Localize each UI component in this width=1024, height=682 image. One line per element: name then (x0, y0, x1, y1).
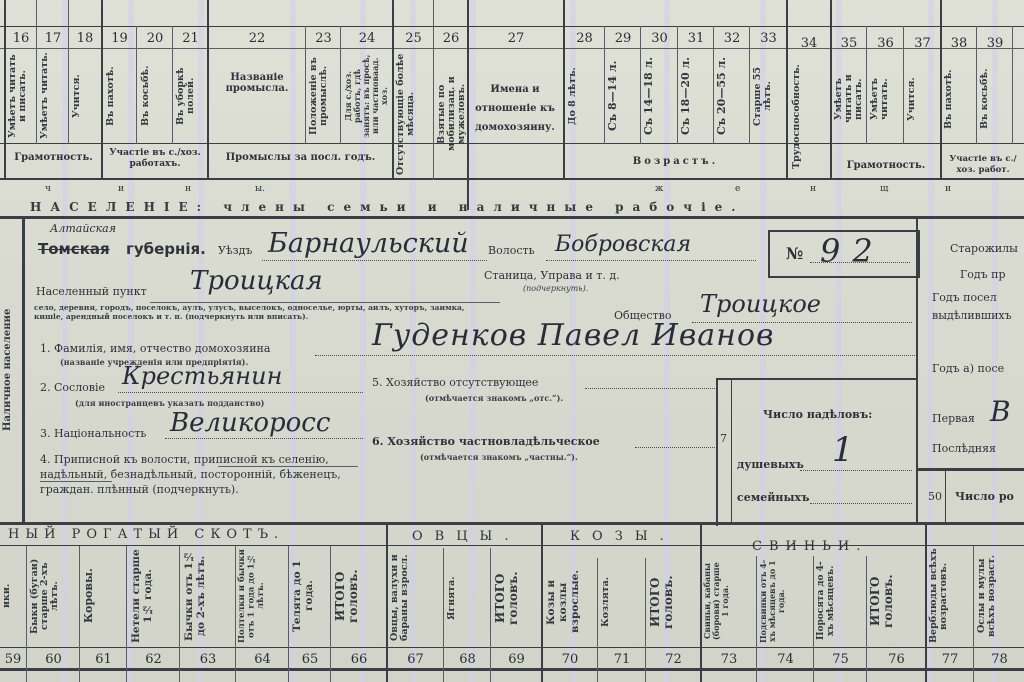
column-header: Поросята до 4-хъ мѣсяцевъ. (816, 558, 864, 644)
group-label-sheep: ОВЦЫ. (412, 529, 520, 544)
column-number: 35 (832, 36, 866, 51)
estate-value[interactable]: Крестьянин (122, 362, 282, 390)
gubernia-handwritten: Алтайская (50, 222, 116, 235)
column-number: 66 (332, 652, 386, 667)
item1-label: 1. Фамилія, имя, отчество домохозяина (40, 342, 270, 355)
group-label-pigs: СВИНЬИ. (752, 539, 867, 554)
column-header: Въ косьбѣ. (141, 52, 169, 140)
group-label-farm-work: Участіе въ с./хоз. работахъ. (103, 148, 207, 170)
settlement-label: Населенный пункт (36, 285, 147, 298)
column-number: 29 (606, 31, 640, 46)
column-header: Умѣетъ читать и писать. (834, 58, 864, 140)
census-form-page: 16 17 18 19 20 21 22 23 24 25 26 27 28 2… (0, 0, 1024, 682)
column-header: Овцы, валухи и бараны взросл. (390, 552, 440, 644)
column-number: 60 (28, 652, 79, 667)
column-number: 70 (543, 652, 597, 667)
right-panel-line: выдѣлившихъ (932, 309, 1012, 322)
column-number: 38 (942, 36, 976, 51)
column-number: 21 (174, 31, 207, 46)
column-header: Козлята. (601, 560, 641, 644)
volost-value[interactable]: Бобровская (555, 232, 691, 257)
column-number: 27 (469, 31, 563, 46)
column-number: 69 (492, 652, 541, 667)
gubernia-printed: Томская (38, 240, 110, 258)
column-number: 71 (599, 652, 645, 667)
column-number: 26 (435, 31, 467, 46)
column-number: 18 (70, 31, 100, 46)
column-number: 32 (715, 31, 749, 46)
column-number: 17 (38, 31, 68, 46)
header-letter: и (118, 184, 124, 194)
uezd-label: Уѣздъ (218, 244, 252, 257)
column-header: Телята до 1 года. (291, 548, 327, 644)
column-header: Ослы и мулы всѣхъ возраст. (977, 548, 1021, 644)
column-header: Съ 14—18 л. (644, 52, 674, 140)
column-number: 30 (642, 31, 677, 46)
column-header: Козы и козлы взрослые. (545, 560, 595, 644)
header-letter: ч (45, 184, 51, 194)
header-letter: и (945, 184, 951, 194)
record-number-label: № (786, 244, 803, 263)
header-letter: н (185, 184, 191, 194)
column-header: Съ 8—14 л. (608, 52, 638, 140)
column-header: Въ пахотѣ. (106, 52, 132, 140)
column-number: 31 (679, 31, 713, 46)
column-header: Коровы. (84, 548, 122, 644)
column-header: Свиньи, кабаны (борови) старше 1 года. (703, 558, 753, 644)
column-number: 65 (290, 652, 330, 667)
group-label-literacy: Грамотность. (832, 160, 940, 171)
column-header: Учится. (72, 52, 98, 140)
column-number: 28 (565, 31, 604, 46)
column-header: Съ 18—20 л. (681, 52, 711, 140)
column-header: ИТОГО головъ. (869, 558, 921, 644)
allotments-title: Число надѣловъ: (763, 408, 872, 421)
column-number: 23 (307, 31, 340, 46)
column-number: 39 (978, 36, 1012, 51)
item4-text: 4. Приписной къ волости, приписной къ се… (40, 452, 360, 497)
column-number: 72 (647, 652, 700, 667)
item7-number: 7 (720, 432, 727, 445)
column-header: Въ пахотѣ. (944, 58, 974, 140)
column-number: 33 (751, 31, 786, 46)
column-header: Быки (бугаи) старше 2-хъ лѣтъ. (30, 548, 76, 644)
header-letter: е (735, 184, 740, 194)
group-label-trades: Промыслы за посл. годъ. (209, 152, 392, 163)
last-label: Послѣдняя (932, 442, 996, 455)
right-panel-line: Годъ посел (932, 291, 997, 304)
item3-label: 3. Національность (40, 427, 146, 440)
column-number: 37 (905, 36, 940, 51)
item2-label: 2. Сословіе (40, 381, 105, 394)
header-letter: н (810, 184, 816, 194)
column-header: Умѣетъ читать и писать. (8, 52, 34, 140)
column-header: Верблюды всѣхъ возрастовъ. (929, 548, 971, 644)
first-value[interactable]: В (990, 395, 1011, 428)
column-number: 76 (868, 652, 925, 667)
column-header: Отсутствующіе болѣе мѣсяца. (396, 52, 430, 176)
column-number: 78 (975, 652, 1024, 667)
column-number: 73 (702, 652, 756, 667)
per-soul-label: душевыхъ (737, 458, 804, 471)
column-header: Взятые по мобилизац. и мужеловъ. (437, 52, 465, 176)
volost-label: Волость (488, 244, 535, 257)
group-label-literacy: Грамотность. (6, 152, 101, 163)
header-letter: ж (655, 184, 663, 194)
stanitsa-label: Станица, Управа и т. д. (484, 269, 620, 282)
column-number: 16 (6, 31, 36, 46)
column-number: 63 (181, 652, 235, 667)
nationality-value[interactable]: Великоросс (170, 408, 330, 438)
item6-note: (отмѣчается знакомъ „частны.“). (420, 452, 578, 462)
householder-name[interactable]: Гуденков Павел Иванов (372, 318, 774, 353)
column-header: Полтелки и бычки отъ 1 года до 1½ лѣтъ. (238, 548, 286, 644)
column-header: Старше 55 лѣтъ. (753, 52, 783, 140)
column-number: 36 (868, 36, 903, 51)
column-header: ИТОГО головъ. (494, 552, 538, 644)
side-label: Наличное население (3, 230, 19, 510)
column-header: Въ уборкѣ полей. (176, 52, 204, 140)
column-header: Имена и отношеніе къ домохозяину. (470, 80, 560, 137)
header-letter: щ (880, 184, 888, 194)
column-header: Бычки отъ 1½ до 2-хъ лѣтъ. (183, 548, 231, 644)
gubernia-label: губернія. (126, 240, 206, 258)
column-number: 75 (815, 652, 866, 667)
first-label: Первая (932, 412, 975, 425)
header-letter: ы. (255, 184, 265, 194)
column-header: Съ 20—55 л. (717, 52, 747, 140)
record-number-value[interactable]: 92 (820, 232, 885, 270)
right-panel-line: Годъ а) посе (932, 362, 1004, 375)
oldtimers-title: Старожилы (950, 242, 1018, 255)
item5-label: 5. Хозяйство отсутствующее (372, 376, 538, 389)
item-50-label: Число ро (955, 490, 1014, 503)
column-number: 59 (0, 652, 26, 667)
column-number: 61 (81, 652, 126, 667)
column-number: 19 (103, 31, 136, 46)
column-number: 77 (927, 652, 973, 667)
column-number: 25 (394, 31, 433, 46)
column-header: Въ косьбѣ. (980, 58, 1010, 140)
per-soul-value[interactable]: 1 (832, 430, 854, 470)
settlement-value[interactable]: Троицкая (190, 266, 323, 296)
item2-note: (для иностранцевъ указать подданство) (75, 398, 264, 408)
uezd-value[interactable]: Барнаульский (268, 228, 469, 259)
column-header: Для с./хоз. работъ, гдѣ занятъ: въ просѣ… (344, 52, 390, 140)
column-header: Положеніе въ промыслѣ. (309, 52, 337, 140)
column-header: ики. (2, 548, 24, 644)
column-header: Нетели старше 1½ года. (130, 548, 176, 644)
item6-label: 6. Хозяйство частновладѣльческое (372, 435, 600, 448)
item5-note: (отмѣчается знакомъ „отс.“). (425, 393, 563, 403)
item-50-number: 50 (928, 490, 942, 503)
column-number: 67 (388, 652, 443, 667)
column-number: 64 (237, 652, 288, 667)
column-number: 74 (758, 652, 813, 667)
group-label-age: Возрастъ. (565, 156, 786, 167)
group-label-goats: КОЗЫ. (570, 529, 676, 544)
underline-note: (подчеркнуть). (523, 284, 588, 293)
right-panel-line: Годъ пр (960, 268, 1006, 281)
column-number: 24 (342, 31, 392, 46)
column-header: Ягнята. (447, 552, 487, 644)
column-header: ИТОГО головъ. (649, 560, 697, 644)
column-header: Названіе промысла. (209, 72, 305, 94)
column-header: До 8 лѣтъ. (568, 52, 600, 140)
section-banner: НАСЕЛЕНІЕ: члены семьи и наличные рабочі… (30, 200, 744, 214)
column-header: ИТОГО головъ. (334, 548, 382, 644)
column-header: Учится. (907, 58, 937, 140)
group-label-cattle: НЫЙ РОГАТЫЙ СКОТЪ. (8, 527, 284, 542)
column-number: 34 (788, 36, 830, 51)
obshchestvo-value[interactable]: Троицкое (700, 290, 821, 318)
family-label: семейныхъ (737, 491, 809, 504)
column-number: 62 (128, 652, 179, 667)
column-header: Умѣетъ читать. (40, 52, 66, 140)
column-header: Подсвинки отъ 4-хъ мѣсяцевъ до 1 года. (759, 558, 811, 644)
column-header: Умѣетъ читать. (870, 58, 900, 140)
column-header: Трудоспособность. (792, 58, 826, 176)
column-number: 22 (209, 31, 305, 46)
column-number: 68 (445, 652, 490, 667)
column-number: 20 (138, 31, 172, 46)
group-label-farm-work: Участіе въ с./хоз. работ. (942, 154, 1024, 176)
